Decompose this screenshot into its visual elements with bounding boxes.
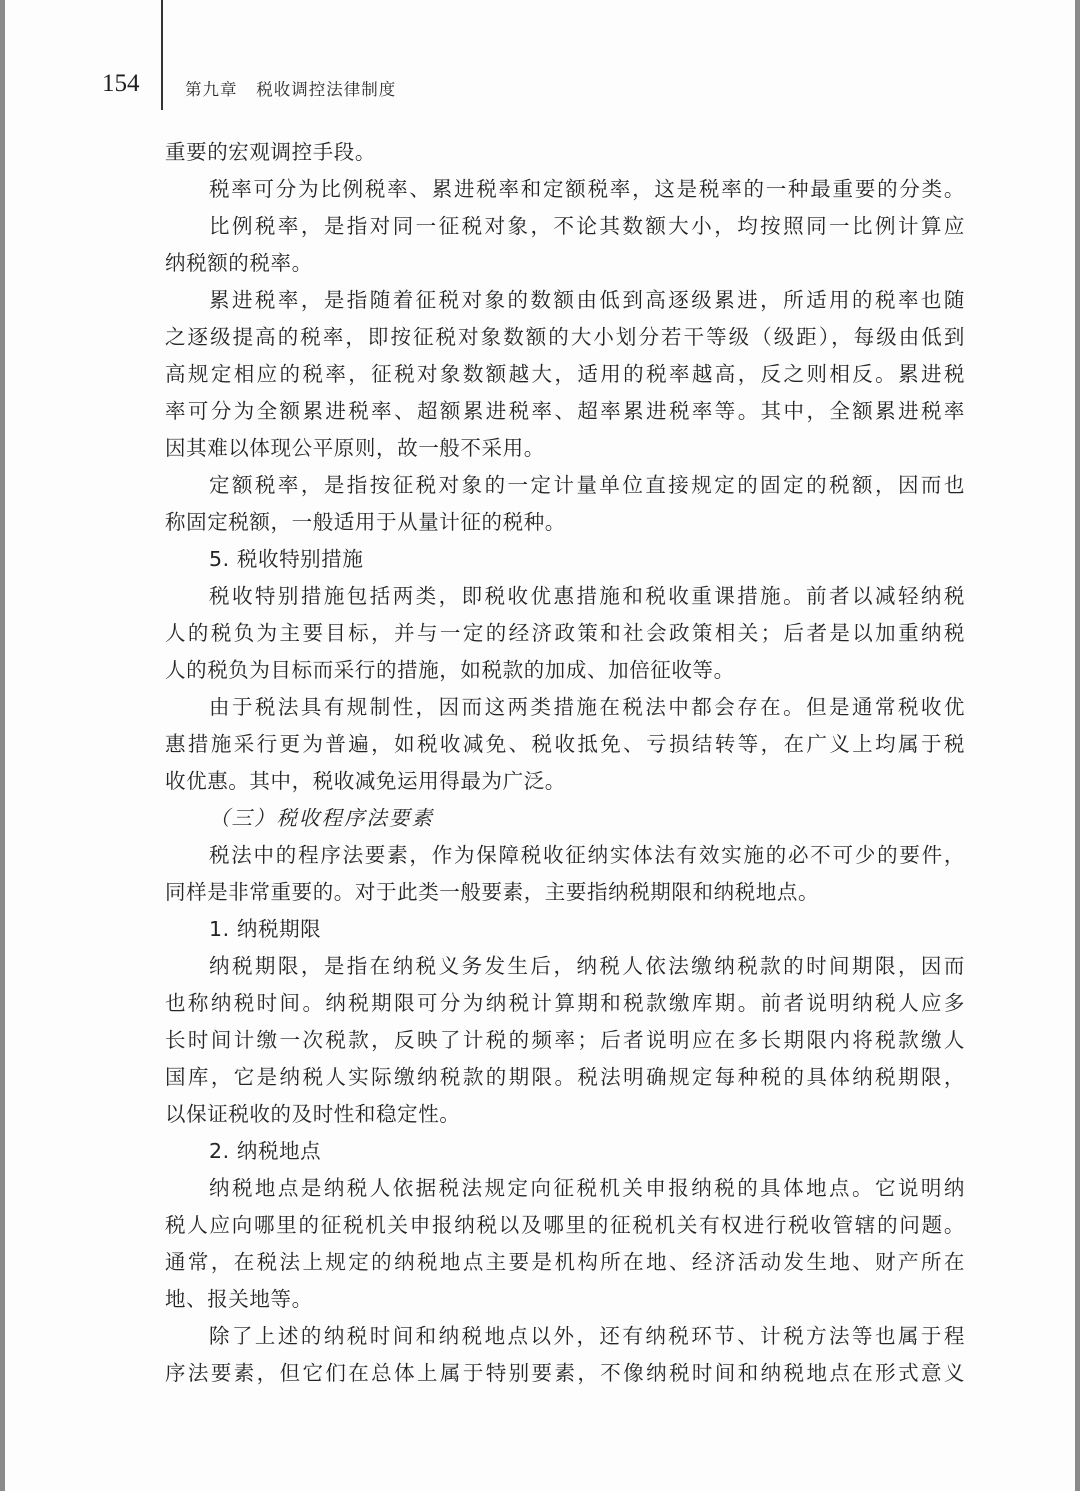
- page-number: 154: [102, 70, 140, 98]
- text-line: 纳税额的税率。: [165, 245, 965, 282]
- header-divider: [161, 0, 163, 110]
- body-text: 重要的宏观调控手段。 税率可分为比例税率、累进税率和定额税率，这是税率的一种最重…: [165, 134, 965, 1392]
- text-line: 称固定税额，一般适用于从量计征的税种。: [165, 504, 965, 541]
- subheading-tax-location: 2. 纳税地点: [165, 1133, 965, 1170]
- text-line: 率可分为全额累进税率、超额累进税率、超率累进税率等。其中，全额累进税率: [165, 393, 965, 430]
- running-head-chapter-title: 第九章 税收调控法律制度: [185, 76, 396, 100]
- text-line: 惠措施采行更为普遍，如税收减免、税收抵免、亏损结转等，在广义上均属于税: [165, 726, 965, 763]
- text-line: 税法中的程序法要素，作为保障税收征纳实体法有效实施的必不可少的要件，: [165, 837, 965, 874]
- text-line: 累进税率，是指随着征税对象的数额由低到高逐级累进，所适用的税率也随: [165, 282, 965, 319]
- text-line: 比例税率，是指对同一征税对象，不论其数额大小，均按照同一比例计算应: [165, 208, 965, 245]
- scan-edge-right: [1075, 0, 1080, 1491]
- text-line: 除了上述的纳税时间和纳税地点以外，还有纳税环节、计税方法等也属于程: [165, 1318, 965, 1355]
- text-line: 税人应向哪里的征税机关申报纳税以及哪里的征税机关有权进行税收管辖的问题。: [165, 1207, 965, 1244]
- text-line: 序法要素，但它们在总体上属于特别要素，不像纳税时间和纳税地点在形式意义: [165, 1355, 965, 1392]
- text-line: 人的税负为主要目标，并与一定的经济政策和社会政策相关；后者是以加重纳税: [165, 615, 965, 652]
- text-line: 高规定相应的税率，征税对象数额越大，适用的税率越高，反之则相反。累进税: [165, 356, 965, 393]
- text-line: 之逐级提高的税率，即按征税对象数额的大小划分若干等级（级距），每级由低到: [165, 319, 965, 356]
- text-line: 人的税负为目标而采行的措施，如税款的加成、加倍征收等。: [165, 652, 965, 689]
- text-line: 税收特别措施包括两类，即税收优惠措施和税收重课措施。前者以减轻纳税: [165, 578, 965, 615]
- text-line: 因其难以体现公平原则，故一般不采用。: [165, 430, 965, 467]
- text-line: 国库，它是纳税人实际缴纳税款的期限。税法明确规定每种税的具体纳税期限，: [165, 1059, 965, 1096]
- section-heading-procedural-elements: （三）税收程序法要素: [165, 800, 965, 837]
- text-line: 定额税率，是指按征税对象的一定计量单位直接规定的固定的税额，因而也: [165, 467, 965, 504]
- text-line: 纳税地点是纳税人依据税法规定向征税机关申报纳税的具体地点。它说明纳: [165, 1170, 965, 1207]
- text-line: 长时间计缴一次税款，反映了计税的频率；后者说明应在多长期限内将税款缴人: [165, 1022, 965, 1059]
- subheading-tax-period: 1. 纳税期限: [165, 911, 965, 948]
- text-line: 重要的宏观调控手段。: [165, 134, 965, 171]
- book-page: 154 第九章 税收调控法律制度 重要的宏观调控手段。 税率可分为比例税率、累进…: [5, 0, 1075, 1491]
- text-line: 通常，在税法上规定的纳税地点主要是机构所在地、经济活动发生地、财产所在: [165, 1244, 965, 1281]
- text-line: 也称纳税时间。纳税期限可分为纳税计算期和税款缴库期。前者说明纳税人应多: [165, 985, 965, 1022]
- text-line: 纳税期限，是指在纳税义务发生后，纳税人依法缴纳税款的时间期限，因而: [165, 948, 965, 985]
- subheading-special-tax-measures: 5. 税收特别措施: [165, 541, 965, 578]
- text-line: 税率可分为比例税率、累进税率和定额税率，这是税率的一种最重要的分类。: [165, 171, 965, 208]
- text-line: 地、报关地等。: [165, 1281, 965, 1318]
- text-line: 由于税法具有规制性，因而这两类措施在税法中都会存在。但是通常税收优: [165, 689, 965, 726]
- text-line: 同样是非常重要的。对于此类一般要素，主要指纳税期限和纳税地点。: [165, 874, 965, 911]
- text-line: 以保证税收的及时性和稳定性。: [165, 1096, 965, 1133]
- text-line: 收优惠。其中，税收减免运用得最为广泛。: [165, 763, 965, 800]
